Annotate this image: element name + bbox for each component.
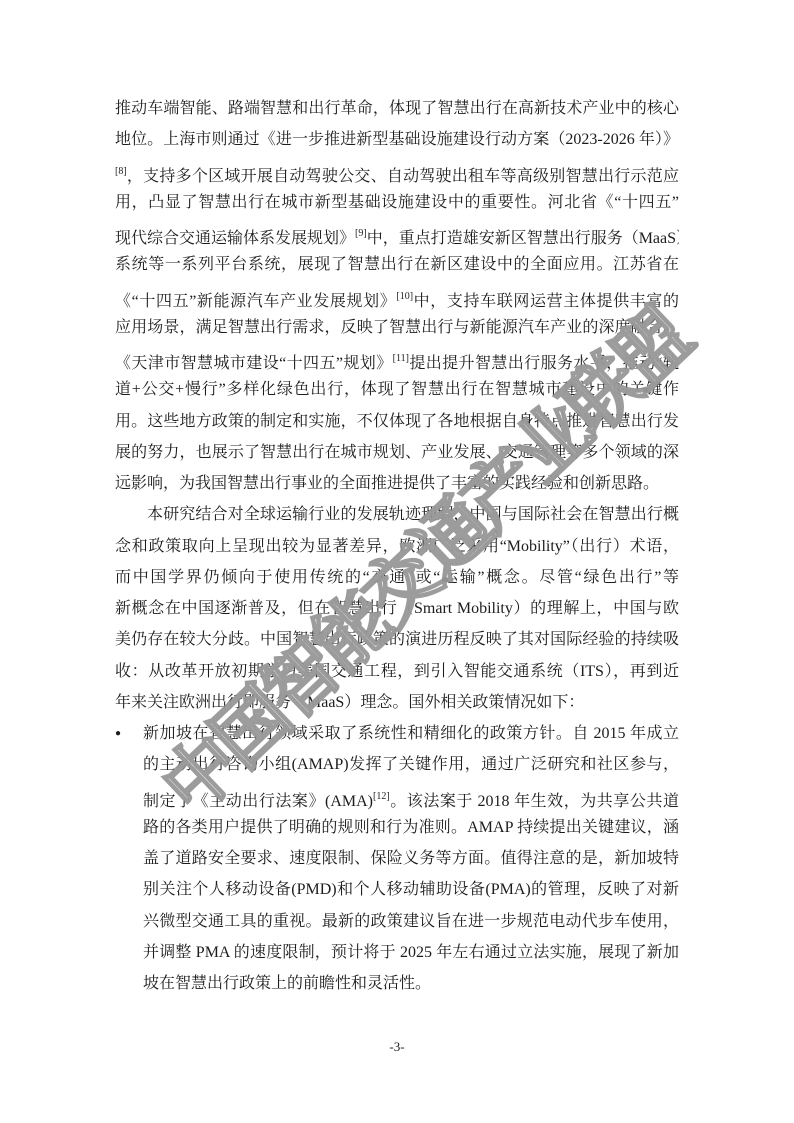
text-segment: 本研究结合对全球运输行业的发展轨迹理解，中国与国际社会在智慧出行概 bbox=[147, 506, 679, 523]
text-segment: 推动车端智能、路端智慧和出行革命，体现了智慧出行在高新技术产业中的核心 bbox=[115, 100, 679, 117]
text-segment: 的主动出行咨询小组(AMAP)发挥了关键作用，通过广泛研究和社区参与， bbox=[143, 756, 679, 773]
text-segment: 系统等一系列平台系统，展现了智慧出行在新区建设中的全面应用。江苏省在 bbox=[115, 256, 679, 273]
text-segment: ，支持多个区域开展自动驾驶公交、自动驾驶出租车等高级别智慧出行示范应 bbox=[127, 168, 679, 185]
text-line: 《“十四五”新能源汽车产业发展规划》[10]中，支持车联网运营主体提供丰富的 bbox=[115, 281, 679, 312]
text-line: [8]，支持多个区域开展自动驾驶公交、自动驾驶出租车等高级别智慧出行示范应 bbox=[115, 156, 679, 187]
text-line: 用。这些地方政策的制定和实施，不仅体现了各地根据自身特点推进智慧出行发 bbox=[115, 406, 679, 437]
document-body: 推动车端智能、路端智慧和出行革命，体现了智慧出行在高新技术产业中的核心地位。上海… bbox=[115, 93, 679, 999]
text-segment: 用。这些地方政策的制定和实施，不仅体现了各地根据自身特点推进智慧出行发 bbox=[115, 413, 679, 430]
bullet-item: ●新加坡在智慧出行领域采取了系统性和精细化的政策方针。自 2015 年成立的主动… bbox=[115, 718, 679, 999]
text-line: 路的各类用户提供了明确的规则和行为准则。AMAP 持续提出关键建议，涵 bbox=[143, 812, 679, 843]
paragraph: 本研究结合对全球运输行业的发展轨迹理解，中国与国际社会在智慧出行概念和政策取向上… bbox=[115, 499, 679, 718]
text-line: 远影响，为我国智慧出行事业的全面推进提供了丰富的实践经验和创新思路。 bbox=[115, 468, 679, 499]
text-segment: 《“十四五”新能源汽车产业发展规划》 bbox=[115, 293, 396, 310]
text-line: 系统等一系列平台系统，展现了智慧出行在新区建设中的全面应用。江苏省在 bbox=[115, 249, 679, 280]
text-line: 《天津市智慧城市建设“十四五”规划》[11]提出提升智慧出行服务水平，推动“轨 bbox=[115, 343, 679, 374]
text-segment: 而中国学界仍倾向于使用传统的“交通”或“运输”概念。尽管“绿色出行”等 bbox=[115, 569, 679, 586]
text-segment: 收：从改革开放初期学习美国交通工程，到引入智能交通系统（ITS），再到近 bbox=[115, 663, 679, 680]
text-segment: 美仍存在较大分歧。中国智慧出行政策的演进历程反映了其对国际经验的持续吸 bbox=[115, 631, 679, 648]
text-segment: 念和政策取向上呈现出较为显著差异，欧洲广泛采用“Mobility”（出行）术语， bbox=[115, 538, 679, 555]
text-line: 坡在智慧出行政策上的前瞻性和灵活性。 bbox=[143, 968, 679, 999]
text-segment: 地位。上海市则通过《进一步推进新型基础设施建设行动方案（2023-2026 年）… bbox=[115, 131, 679, 148]
text-line: 而中国学界仍倾向于使用传统的“交通”或“运输”概念。尽管“绿色出行”等 bbox=[115, 562, 679, 593]
text-line: 用，凸显了智慧出行在城市新型基础设施建设中的重要性。河北省《“十四五” bbox=[115, 187, 679, 218]
text-segment: 《天津市智慧城市建设“十四五”规划》 bbox=[115, 355, 393, 372]
bullet-icon: ● bbox=[115, 718, 135, 749]
text-line: 并调整 PMA 的速度限制，预计将于 2025 年左右通过立法实施，展现了新加 bbox=[143, 937, 679, 968]
document-page: 推动车端智能、路端智慧和出行革命，体现了智慧出行在高新技术产业中的核心地位。上海… bbox=[0, 0, 794, 1123]
text-line: 别关注个人移动设备(PMD)和个人移动辅助设备(PMA)的管理，反映了对新 bbox=[143, 874, 679, 905]
text-segment: 坡在智慧出行政策上的前瞻性和灵活性。 bbox=[143, 975, 431, 992]
text-segment: 兴微型交通工具的重视。最新的政策建议旨在进一步规范电动代步车使用， bbox=[143, 913, 679, 930]
text-segment: 并调整 PMA 的速度限制，预计将于 2025 年左右通过立法实施，展现了新加 bbox=[143, 944, 679, 961]
text-line: 的主动出行咨询小组(AMAP)发挥了关键作用，通过广泛研究和社区参与， bbox=[143, 749, 679, 780]
text-line: 制定了《主动出行法案》(AMA)[12]。该法案于 2018 年生效，为共享公共… bbox=[143, 781, 679, 812]
paragraph: 推动车端智能、路端智慧和出行革命，体现了智慧出行在高新技术产业中的核心地位。上海… bbox=[115, 93, 679, 499]
text-segment: 制定了《主动出行法案》(AMA) bbox=[143, 793, 373, 810]
text-segment: 现代综合交通运输体系发展规划》 bbox=[115, 230, 355, 247]
text-segment: 道+公交+慢行”多样化绿色出行，体现了智慧出行在智慧城市建设中的关键作 bbox=[115, 381, 679, 398]
text-line: 现代综合交通运输体系发展规划》[9]中，重点打造雄安新区智慧出行服务（MaaS） bbox=[115, 218, 679, 249]
text-line: 念和政策取向上呈现出较为显著差异，欧洲广泛采用“Mobility”（出行）术语， bbox=[115, 531, 679, 562]
text-segment: 年来关注欧洲出行即服务（MaaS）理念。国外相关政策情况如下： bbox=[115, 694, 584, 711]
text-line: 年来关注欧洲出行即服务（MaaS）理念。国外相关政策情况如下： bbox=[115, 687, 679, 718]
citation-superscript: [11] bbox=[393, 353, 409, 364]
text-line: 新概念在中国逐渐普及，但在智慧出行（Smart Mobility）的理解上，中国… bbox=[115, 593, 679, 624]
text-segment: 新加坡在智慧出行领域采取了系统性和精细化的政策方针。自 2015 年成立 bbox=[143, 725, 679, 742]
text-line: 推动车端智能、路端智慧和出行革命，体现了智慧出行在高新技术产业中的核心 bbox=[115, 93, 679, 124]
text-segment: 远影响，为我国智慧出行事业的全面推进提供了丰富的实践经验和创新思路。 bbox=[115, 475, 659, 492]
text-segment: 盖了道路安全要求、速度限制、保险义务等方面。值得注意的是，新加坡特 bbox=[143, 850, 679, 867]
citation-superscript: [12] bbox=[373, 791, 390, 802]
text-segment: 中，支持车联网运营主体提供丰富的 bbox=[413, 293, 679, 310]
text-line: 道+公交+慢行”多样化绿色出行，体现了智慧出行在智慧城市建设中的关键作 bbox=[115, 374, 679, 405]
text-line: 美仍存在较大分歧。中国智慧出行政策的演进历程反映了其对国际经验的持续吸 bbox=[115, 624, 679, 655]
text-line: 本研究结合对全球运输行业的发展轨迹理解，中国与国际社会在智慧出行概 bbox=[115, 499, 679, 530]
text-segment: 展的努力，也展示了智慧出行在城市规划、产业发展、交通管理等多个领域的深 bbox=[115, 444, 679, 461]
text-line: 应用场景，满足智慧出行需求，反映了智慧出行与新能源汽车产业的深度融合。 bbox=[115, 312, 679, 343]
text-line: 兴微型交通工具的重视。最新的政策建议旨在进一步规范电动代步车使用， bbox=[143, 906, 679, 937]
text-segment: 提出提升智慧出行服务水平，推动“轨 bbox=[409, 355, 679, 372]
text-segment: 路的各类用户提供了明确的规则和行为准则。AMAP 持续提出关键建议，涵 bbox=[143, 819, 679, 836]
text-line: 新加坡在智慧出行领域采取了系统性和精细化的政策方针。自 2015 年成立 bbox=[143, 718, 679, 749]
text-line: 收：从改革开放初期学习美国交通工程，到引入智能交通系统（ITS），再到近 bbox=[115, 656, 679, 687]
text-segment: 应用场景，满足智慧出行需求，反映了智慧出行与新能源汽车产业的深度融合。 bbox=[115, 319, 679, 336]
citation-superscript: [9] bbox=[355, 228, 367, 239]
page-number: -3- bbox=[0, 1039, 794, 1055]
text-line: 展的努力，也展示了智慧出行在城市规划、产业发展、交通管理等多个领域的深 bbox=[115, 437, 679, 468]
text-line: 地位。上海市则通过《进一步推进新型基础设施建设行动方案（2023-2026 年）… bbox=[115, 124, 679, 155]
text-segment: 中，重点打造雄安新区智慧出行服务（MaaS） bbox=[367, 230, 679, 247]
text-segment: 别关注个人移动设备(PMD)和个人移动辅助设备(PMA)的管理，反映了对新 bbox=[143, 881, 679, 898]
citation-superscript: [10] bbox=[396, 291, 413, 302]
citation-superscript: [8] bbox=[115, 166, 127, 177]
text-segment: 。该法案于 2018 年生效，为共享公共道 bbox=[390, 793, 679, 810]
text-line: 盖了道路安全要求、速度限制、保险义务等方面。值得注意的是，新加坡特 bbox=[143, 843, 679, 874]
text-segment: 新概念在中国逐渐普及，但在智慧出行（Smart Mobility）的理解上，中国… bbox=[115, 600, 679, 617]
text-segment: 用，凸显了智慧出行在城市新型基础设施建设中的重要性。河北省《“十四五” bbox=[115, 194, 679, 211]
